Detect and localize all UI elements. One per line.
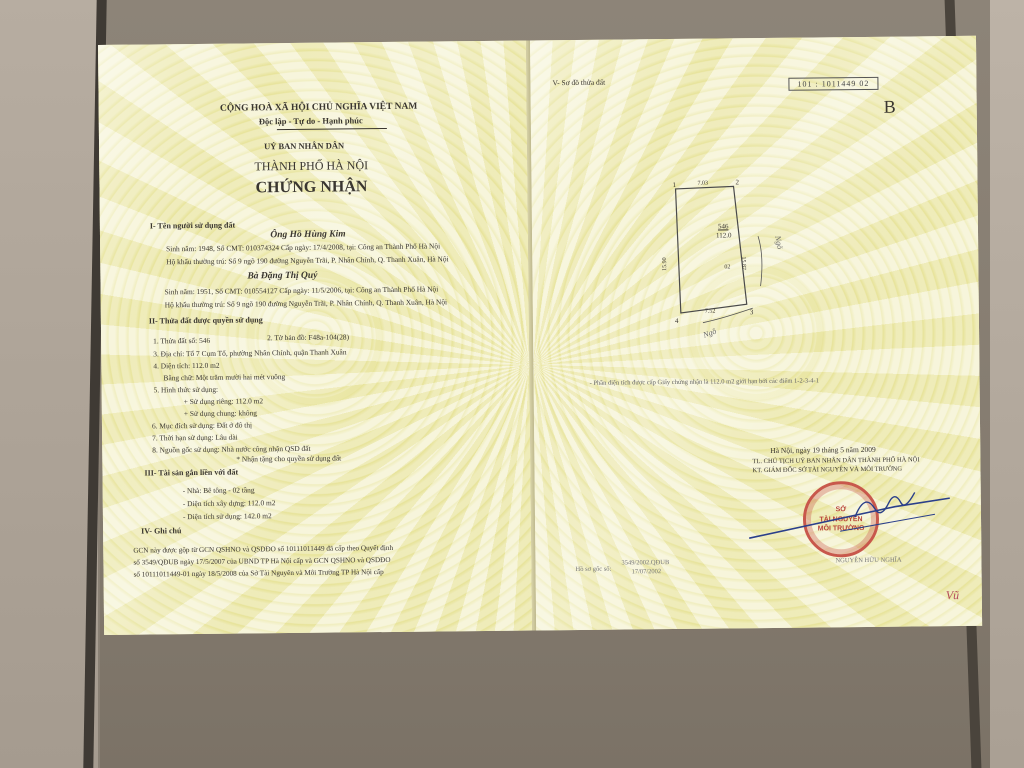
certificate-code: 101 : 1011449 02	[788, 77, 878, 91]
edge-right-length: 15.87	[740, 256, 746, 270]
authority: UỶ BAN NHÂN DÂN	[264, 140, 344, 151]
floor-area: - Diện tích sử dụng: 142.0 m2	[183, 511, 272, 521]
plot-diagram	[661, 176, 783, 327]
registry-label: Hồ sơ gốc số:	[575, 566, 611, 573]
corner-2: 2	[735, 178, 739, 186]
corner-4: 4	[675, 317, 679, 325]
section1-heading: I- Tên người sử dụng đất	[150, 221, 235, 231]
signature	[745, 486, 966, 548]
registry-date: 17/07/2002	[632, 568, 662, 575]
land-certificate: CỘNG HOÀ XÃ HỘI CHỦ NGHĨA VIỆT NAM Độc l…	[98, 36, 982, 635]
nation-header: CỘNG HOÀ XÃ HỘI CHỦ NGHĨA VIỆT NAM	[220, 102, 417, 114]
corner-1: 1	[672, 181, 676, 189]
use-term: 7. Thời hạn sử dụng: Lâu dài	[152, 433, 238, 443]
edge-bottom-length: 7.52	[705, 309, 716, 315]
owner1-name: Ông Hồ Hùng Kim	[270, 229, 345, 240]
parcel-area-words: Bằng chữ: Một trăm mười hai mét vuông	[163, 372, 285, 382]
handwritten-initials: Vũ	[946, 588, 960, 603]
place-date: Hà Nội, ngày 19 tháng 5 năm 2009	[770, 445, 875, 455]
use-purpose: 6. Mục đích sử dụng: Đất ở đô thị	[152, 420, 252, 430]
edge-top-length: 7.03	[697, 181, 708, 187]
signer-name: NGUYỄN HỮU NGHĨA	[835, 557, 901, 565]
city: THÀNH PHỐ HÀ NỘI	[254, 158, 368, 174]
section3-heading: III- Tài sản gắn liền với đất	[144, 468, 238, 478]
certificate-title: CHỨNG NHẬN	[255, 178, 367, 197]
use-origin-2: * Nhận tặng cho quyền sử dụng đất	[236, 453, 341, 463]
parcel-number: 1. Thửa đất số: 546	[153, 336, 210, 346]
edge-left-length: 15.90	[662, 257, 668, 271]
section4-heading: IV- Ghi chú	[141, 526, 181, 535]
map-sheet: 2. Tờ bản đồ: F48a-104(28)	[267, 332, 349, 342]
house-type: - Nhà: Bê tông - 02 tầng	[183, 485, 255, 495]
plot-center-mark: 02	[724, 264, 730, 270]
floor-right	[990, 0, 1024, 768]
floor-left	[0, 0, 98, 768]
parcel-area: 4. Diện tích: 112.0 m2	[153, 361, 219, 371]
plot-area-label: 112.0	[716, 231, 732, 239]
left-page: CỘNG HOÀ XÃ HỘI CHỦ NGHĨA VIỆT NAM Độc l…	[98, 41, 532, 635]
series-letter: B	[884, 97, 896, 118]
registry-number: 3549/2002.QĐUB	[621, 559, 669, 567]
section2-heading: II- Thửa đất được quyền sử dụng	[149, 315, 263, 325]
owner2-name: Bà Đặng Thị Quý	[247, 271, 317, 282]
built-area: - Diện tích xây dựng: 112.0 m2	[183, 498, 276, 508]
right-page: V- Sơ đồ thửa đất 101 : 1011449 02 B 1 2…	[530, 36, 982, 631]
use-shared: + Sử dụng chung: không	[184, 408, 257, 418]
use-form: 5. Hình thức sử dụng:	[154, 385, 219, 395]
plot-parcel-label: 546	[718, 222, 729, 230]
corner-3: 3	[750, 308, 754, 316]
use-private: + Sử dụng riêng: 112.0 m2	[184, 396, 263, 406]
use-origin: 8. Nguồn gốc sử dụng: Nhà nước công nhận…	[152, 444, 310, 455]
section5-heading: V- Sơ đồ thửa đất	[552, 78, 605, 88]
motto: Độc lập - Tự do - Hạnh phúc	[259, 115, 363, 126]
